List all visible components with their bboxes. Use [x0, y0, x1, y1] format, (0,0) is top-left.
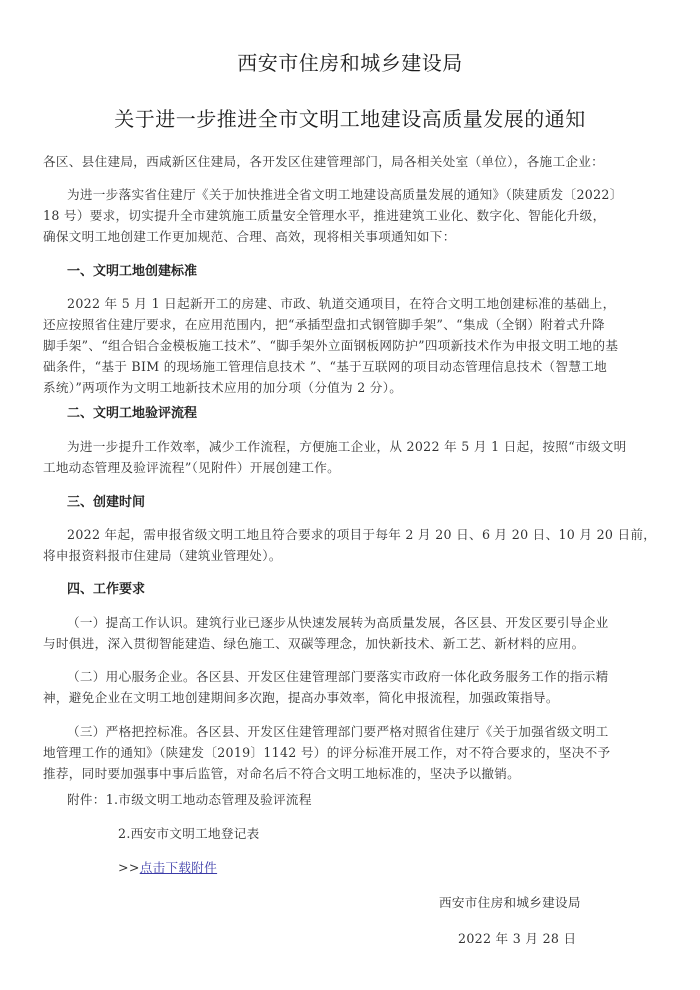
section-line: 还应按照省住建厅要求，在应用范围内，把“承插型盘扣式钢管脚手架”、“集成（全钢）…	[43, 314, 605, 333]
section-line: （二）用心服务企业。各区县、开发区住建管理部门要落实市政府一体化政务服务工作的指…	[67, 666, 609, 685]
section-line: 脚手架”、“组合铝合金模板施工技术”、“脚手架外立面钢板网防护”四项新技术作为申…	[43, 335, 618, 354]
attachment-item-2: 2.西安市文明工地登记表	[118, 823, 260, 842]
issuer-title: 西安市住房和城乡建设局	[0, 47, 700, 76]
section-line: （三）严格把控标准。各区县、开发区住建管理部门要严格对照省住建厅《关于加强省级文…	[67, 721, 609, 740]
attachment-label-text: 附件：	[67, 792, 106, 807]
section-line: 系统）”两项作为文明工地新技术应用的加分项（分值为 2 分）。	[43, 377, 402, 396]
download-row: >>点击下载附件	[118, 857, 217, 876]
signature-date: 2022 年 3 月 28 日	[458, 928, 576, 947]
intro-line: 为进一步落实省住建厅《关于加快推进全省文明工地建设高质量发展的通知》（陕建质发〔…	[67, 184, 623, 203]
section-line: 与时俱进，深入贯彻智能建造、绿色施工、双碳等理念，加快新技术、新工艺、新材料的应…	[43, 633, 585, 652]
salutation: 各区、县住建局，西咸新区住建局，各开发区住建管理部门，局各相关处室（单位），各施…	[43, 151, 604, 170]
section-line: 础条件，“基于 BIM 的现场施工管理信息技术 ”、“基于互联网的项目动态管理信…	[43, 356, 607, 375]
section-line: 推荐，同时要加强事中事后监管，对命名后不符合文明工地标准的，坚决予以撤销。	[43, 763, 520, 782]
section-line: 工地动态管理及验评流程”（见附件）开展创建工作。	[43, 457, 340, 476]
section-heading-4: 四、工作要求	[67, 578, 145, 597]
attachment-label: 附件：1.市级文明工地动态管理及验评流程	[67, 789, 312, 808]
section-line: （一）提高工作认识。建筑行业已逐步从快速发展转为高质量发展，各区县、开发区要引导…	[67, 612, 609, 631]
intro-line: 18 号）要求，切实提升全市建筑施工质量安全管理水平，推进建筑工业化、数字化、智…	[43, 205, 605, 224]
signature-issuer: 西安市住房和城乡建设局	[439, 892, 581, 911]
section-heading-3: 三、创建时间	[67, 491, 145, 510]
attachment-item-1: 1.市级文明工地动态管理及验评流程	[106, 792, 312, 807]
section-line: 神，避免企业在文明工地创建期间多次跑，提高办事效率，简化申报流程，加强政策指导。	[43, 687, 559, 706]
section-heading-1: 一、文明工地创建标准	[67, 260, 197, 279]
download-attachment-link[interactable]: 点击下载附件	[140, 860, 217, 875]
download-prefix: >>	[118, 860, 140, 875]
section-line: 2022 年起，需申报省级文明工地且符合要求的项目于每年 2 月 20 日、6 …	[67, 524, 656, 543]
section-line: 为进一步提升工作效率，减少工作流程，方便施工企业，从 2022 年 5 月 1 …	[67, 436, 627, 455]
section-line: 将申报资料报市住建局（建筑业管理处）。	[43, 545, 282, 564]
section-line: 地管理工作的通知》（陕建发〔2019〕1142 号）的评分标准开展工作，对不符合…	[43, 742, 610, 761]
intro-line: 确保文明工地创建工作更加规范、合理、高效，现将相关事项通知如下：	[43, 226, 456, 245]
section-line: 2022 年 5 月 1 日起新开工的房建、市政、轨道交通项目，在符合文明工地创…	[67, 293, 615, 312]
section-heading-2: 二、文明工地验评流程	[67, 402, 197, 421]
document-title: 关于进一步推进全市文明工地建设高质量发展的通知	[0, 103, 700, 132]
